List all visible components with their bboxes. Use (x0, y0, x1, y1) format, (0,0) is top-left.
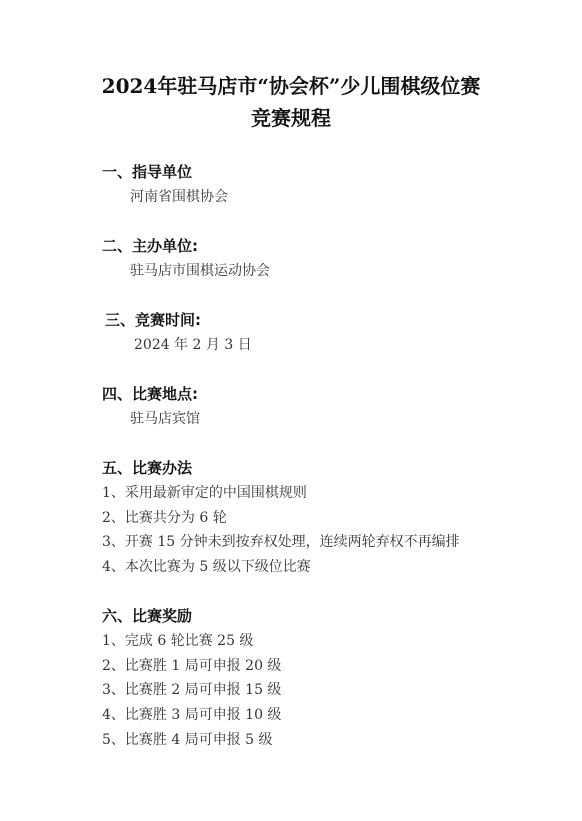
section-body-guidance-unit: 河南省围棋协会 (130, 186, 228, 206)
section-body-competition-time: 2024 年 2 月 3 日 (134, 334, 252, 354)
award-list-item: 2、比赛胜 1 局可申报 20 级 (102, 655, 281, 675)
section-heading-awards: 六、比赛奖励 (102, 605, 192, 626)
award-list-item: 3、比赛胜 2 局可申报 15 级 (102, 679, 281, 699)
section-body-venue: 驻马店宾馆 (130, 408, 200, 428)
method-list-item: 1、采用最新审定的中国围棋规则 (102, 482, 307, 502)
section-body-organizer: 驻马店市围棋运动协会 (130, 260, 270, 280)
section-heading-guidance-unit: 一、指导单位 (102, 161, 192, 182)
section-heading-competition-method: 五、比赛办法 (102, 457, 192, 478)
document-title-line2: 竞赛规程 (0, 102, 582, 131)
method-list-item: 2、比赛共分为 6 轮 (102, 507, 227, 527)
award-list-item: 1、完成 6 轮比赛 25 级 (102, 630, 253, 650)
section-heading-organizer: 二、主办单位: (102, 235, 198, 256)
section-heading-competition-time: 三、竞赛时间: (105, 309, 201, 330)
award-list-item: 5、比赛胜 4 局可申报 5 级 (102, 729, 273, 749)
method-list-item: 3、开赛 15 分钟未到按弃权处理，连续两轮弃权不再编排 (102, 531, 460, 551)
award-list-item: 4、比赛胜 3 局可申报 10 级 (102, 704, 281, 724)
document-title-line1: 2024年驻马店市“协会杯”少儿围棋级位赛 (0, 70, 582, 99)
section-heading-venue: 四、比赛地点: (102, 383, 198, 404)
method-list-item: 4、本次比赛为 5 级以下级位比赛 (102, 556, 311, 576)
